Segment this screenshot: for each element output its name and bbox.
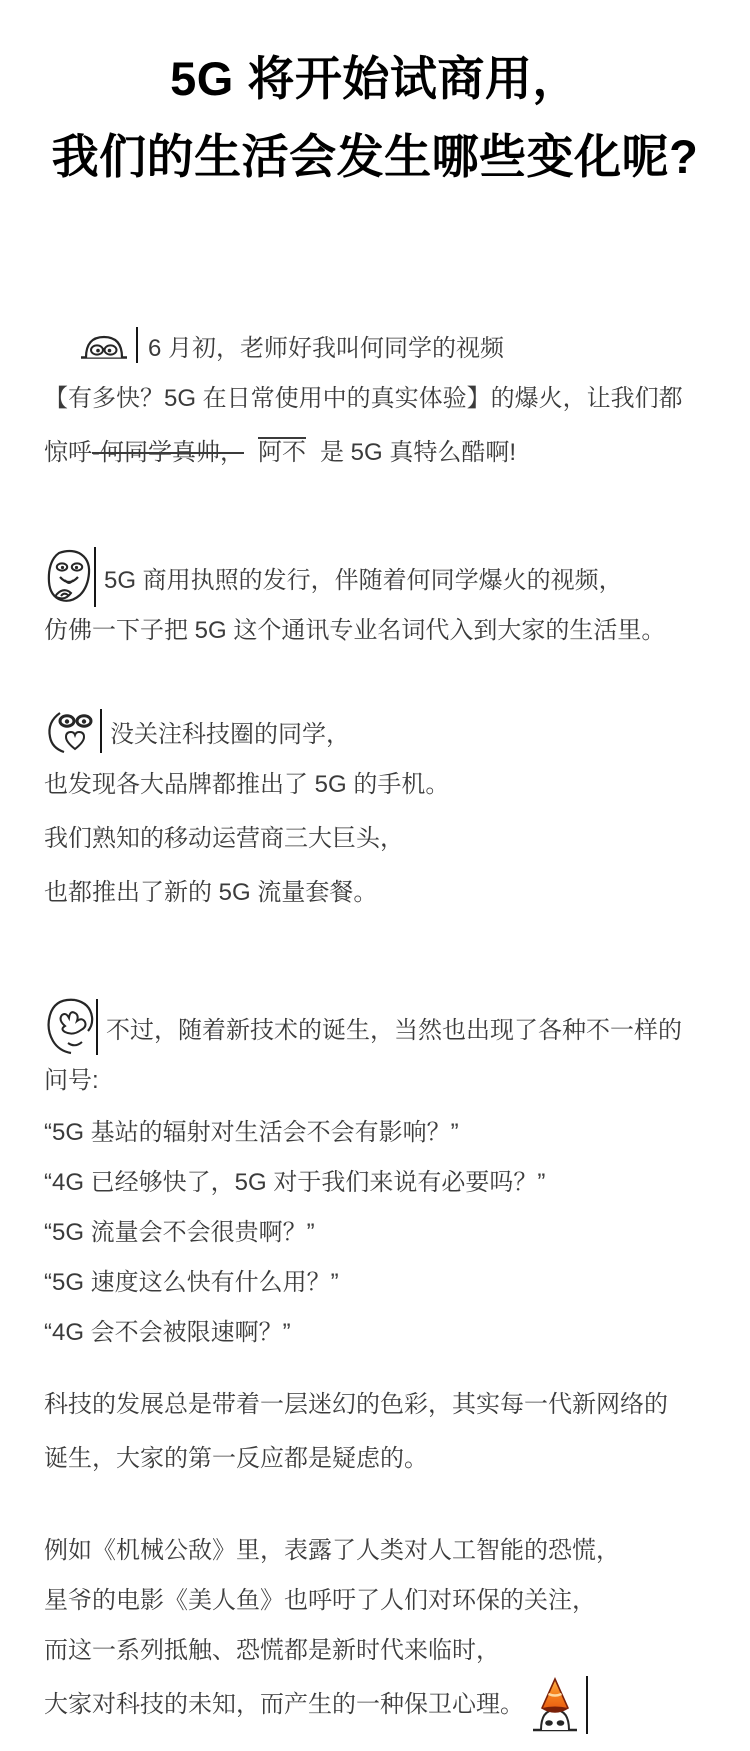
question-line: “5G 基站的辐射对生活会不会有影响？” (44, 1108, 706, 1158)
body-line: 没关注科技圈的同学， (44, 704, 706, 758)
body-line: 大家对科技的未知，而产生的一种保卫心理。 (44, 1676, 706, 1734)
text-cursor (96, 999, 98, 1055)
article-page: 5G 将开始试商用， 我们的生活会发生哪些变化呢? 6 月初，老师好我叫何同学的… (0, 0, 750, 1750)
hand-over-mouth-face-icon (44, 996, 96, 1058)
body-line: 问号: (44, 1054, 706, 1108)
question-line: “4G 会不会被限速啊？” (44, 1308, 706, 1358)
paragraph-questions: 不过，随着新技术的诞生，当然也出现了各种不一样的 问号: “5G 基站的辐射对生… (44, 1000, 706, 1358)
title-line-2: 我们的生活会发生哪些变化呢? (44, 118, 706, 196)
overlined-text: 阿不 (258, 437, 306, 467)
body-line: 6 月初，老师好我叫何同学的视频 (80, 318, 706, 372)
text-cursor (100, 709, 102, 753)
cone-hat-peeking-face-icon (532, 1677, 578, 1733)
body-line: 而这一系列抵触、恐慌都是新时代来临时， (44, 1626, 706, 1676)
article-title: 5G 将开始试商用， 我们的生活会发生哪些变化呢? (44, 40, 706, 196)
question-line: “5G 速度这么快有什么用？” (44, 1258, 706, 1308)
body-line: 惊呼-何同学真帅，阿不是 5G 真特么酷啊! (44, 426, 706, 480)
title-line-1: 5G 将开始试商用， (44, 40, 706, 118)
body-line: 科技的发展总是带着一层迷幻的色彩，其实每一代新网络的 (44, 1378, 706, 1432)
paragraph-intro: 6 月初，老师好我叫何同学的视频 【有多快？5G 在日常使用中的真实体验】的爆火… (44, 318, 706, 480)
body-line: 我们熟知的移动运营商三大巨头， (44, 812, 706, 866)
body-text: 大家对科技的未知，而产生的一种保卫心理。 (44, 1680, 524, 1730)
body-text: 6 月初，老师好我叫何同学的视频 (148, 328, 504, 363)
question-line: “5G 流量会不会很贵啊？” (44, 1208, 706, 1258)
body-text: 惊呼 (44, 439, 92, 466)
heart-mouth-face-icon (44, 707, 100, 755)
body-line: 【有多快？5G 在日常使用中的真实体验】的爆火，让我们都 (44, 372, 706, 426)
body-line: 诞生，大家的第一反应都是疑虑的。 (44, 1432, 706, 1486)
body-line: 5G 商用执照的发行，伴随着何同学爆火的视频， (44, 550, 706, 604)
body-text: 是 5G 真特么酷啊! (320, 439, 516, 466)
paragraph-movies: 例如《机械公敌》里，表露了人类对人工智能的恐慌， 星爷的电影《美人鱼》也呼吁了人… (44, 1526, 706, 1734)
tongue-out-face-icon (44, 548, 94, 606)
body-text: 5G 商用执照的发行，伴随着何同学爆火的视频， (104, 560, 623, 595)
body-text: 不过，随着新技术的诞生，当然也出现了各种不一样的 (106, 1010, 682, 1045)
paragraph-phones: 没关注科技圈的同学， 也发现各大品牌都推出了 5G 的手机。 我们熟知的移动运营… (44, 704, 706, 920)
struck-text: -何同学真帅， (92, 439, 244, 466)
body-line: 星爷的电影《美人鱼》也呼吁了人们对环保的关注， (44, 1576, 706, 1626)
body-text: 没关注科技圈的同学， (110, 714, 350, 749)
question-line: “4G 已经够快了，5G 对于我们来说有必要吗？” (44, 1158, 706, 1208)
peeking-glasses-face-icon (80, 330, 128, 360)
paragraph-doubt: 科技的发展总是带着一层迷幻的色彩，其实每一代新网络的 诞生，大家的第一反应都是疑… (44, 1378, 706, 1486)
body-line: 也发现各大品牌都推出了 5G 的手机。 (44, 758, 706, 812)
body-line: 不过，随着新技术的诞生，当然也出现了各种不一样的 (44, 1000, 706, 1054)
paragraph-license: 5G 商用执照的发行，伴随着何同学爆火的视频， 仿佛一下子把 5G 这个通讯专业… (44, 550, 706, 658)
body-line: 仿佛一下子把 5G 这个通讯专业名词代入到大家的生活里。 (44, 604, 706, 658)
body-line: 例如《机械公敌》里，表露了人类对人工智能的恐慌， (44, 1526, 706, 1576)
text-cursor (94, 547, 96, 607)
text-cursor (136, 327, 138, 363)
text-cursor (586, 1676, 588, 1734)
body-line: 也都推出了新的 5G 流量套餐。 (44, 866, 706, 920)
